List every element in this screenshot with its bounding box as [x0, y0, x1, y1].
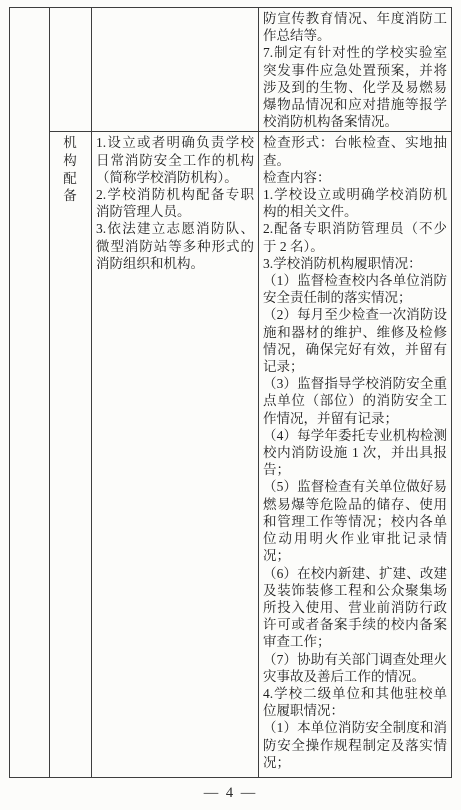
category-label-cell: 机构配备: [50, 132, 92, 778]
page-number: — 4 —: [0, 785, 461, 802]
empty-cell-row1-checkpoints: [92, 8, 259, 132]
paragraph: （1）监督检查校内各单位消防安全责任制的落实情况；: [263, 272, 447, 306]
continuation-check-content-cell: 防宣传教育情况、年度消防工作总结等。 7.制定有针对性的学校实验室突发事件应急处…: [259, 8, 452, 132]
paragraph: （3）监督指导学校消防安全重点单位（部位）的消防安全工作情况，并留有记录；: [263, 375, 447, 427]
check-points-cell: 1.设立或者明确负责学校日常消防安全工作的机构（简称学校消防机构）。 2.学校消…: [92, 132, 259, 778]
empty-cell-row1-label: [50, 8, 92, 132]
paragraph: （4）每学年委托专业机构检测校内消防设施 1 次，并出具报告；: [263, 427, 447, 479]
paragraph: 1.学校设立或明确学校消防机构的相关文件。: [263, 186, 447, 220]
paragraph: （7）协助有关部门调查处理火灾事故及善后工作的情况。: [263, 651, 447, 685]
paragraph: 检查形式：台帐检查、实地抽查。: [263, 134, 447, 168]
paragraph: （6）在校内新建、扩建、改建及装饰装修工程和公众聚集场所投入使用、营业前消防行政…: [263, 565, 447, 651]
paragraph: 3.学校消防机构履职情况：: [263, 255, 447, 272]
category-spanning-cell: [10, 8, 50, 778]
inspection-table: 防宣传教育情况、年度消防工作总结等。 7.制定有针对性的学校实验室突发事件应急处…: [9, 7, 452, 778]
paragraph: （2）每月至少检查一次消防设施和器材的维护、维修及检修情况，确保完好有效，并留有…: [263, 306, 447, 375]
paragraph: 检查内容：: [263, 169, 447, 186]
paragraph: （1）本单位消防安全制度和消防安全操作规程制定及落实情况；: [263, 719, 447, 771]
paragraph: 2.配备专职消防管理员（不少于 2 名）。: [263, 220, 447, 254]
check-methods-cell: 检查形式：台帐检查、实地抽查。 检查内容： 1.学校设立或明确学校消防机构的相关…: [259, 132, 452, 778]
paragraph: 1.设立或者明确负责学校日常消防安全工作的机构（简称学校消防机构）。: [96, 134, 254, 186]
paragraph: 4.学校二级单位和其他驻校单位履职情况：: [263, 685, 447, 719]
paragraph: （5）监督检查有关单位做好易燃易爆等危险品的储存、使用和管理工作等情况；校内各单…: [263, 478, 447, 564]
paragraph: 2.学校消防机构配备专职消防管理人员。: [96, 186, 254, 220]
paragraph: 防宣传教育情况、年度消防工作总结等。: [263, 10, 447, 44]
paragraph: 3.依法建立志愿消防队、微型消防站等多种形式的消防组织和机构。: [96, 220, 254, 272]
scanned-page: 防宣传教育情况、年度消防工作总结等。 7.制定有针对性的学校实验室突发事件应急处…: [0, 0, 461, 810]
paragraph: 7.制定有针对性的学校实验室突发事件应急处置预案，并将涉及到的生物、化学及易燃易…: [263, 44, 447, 130]
category-label: 机构配备: [56, 134, 84, 204]
